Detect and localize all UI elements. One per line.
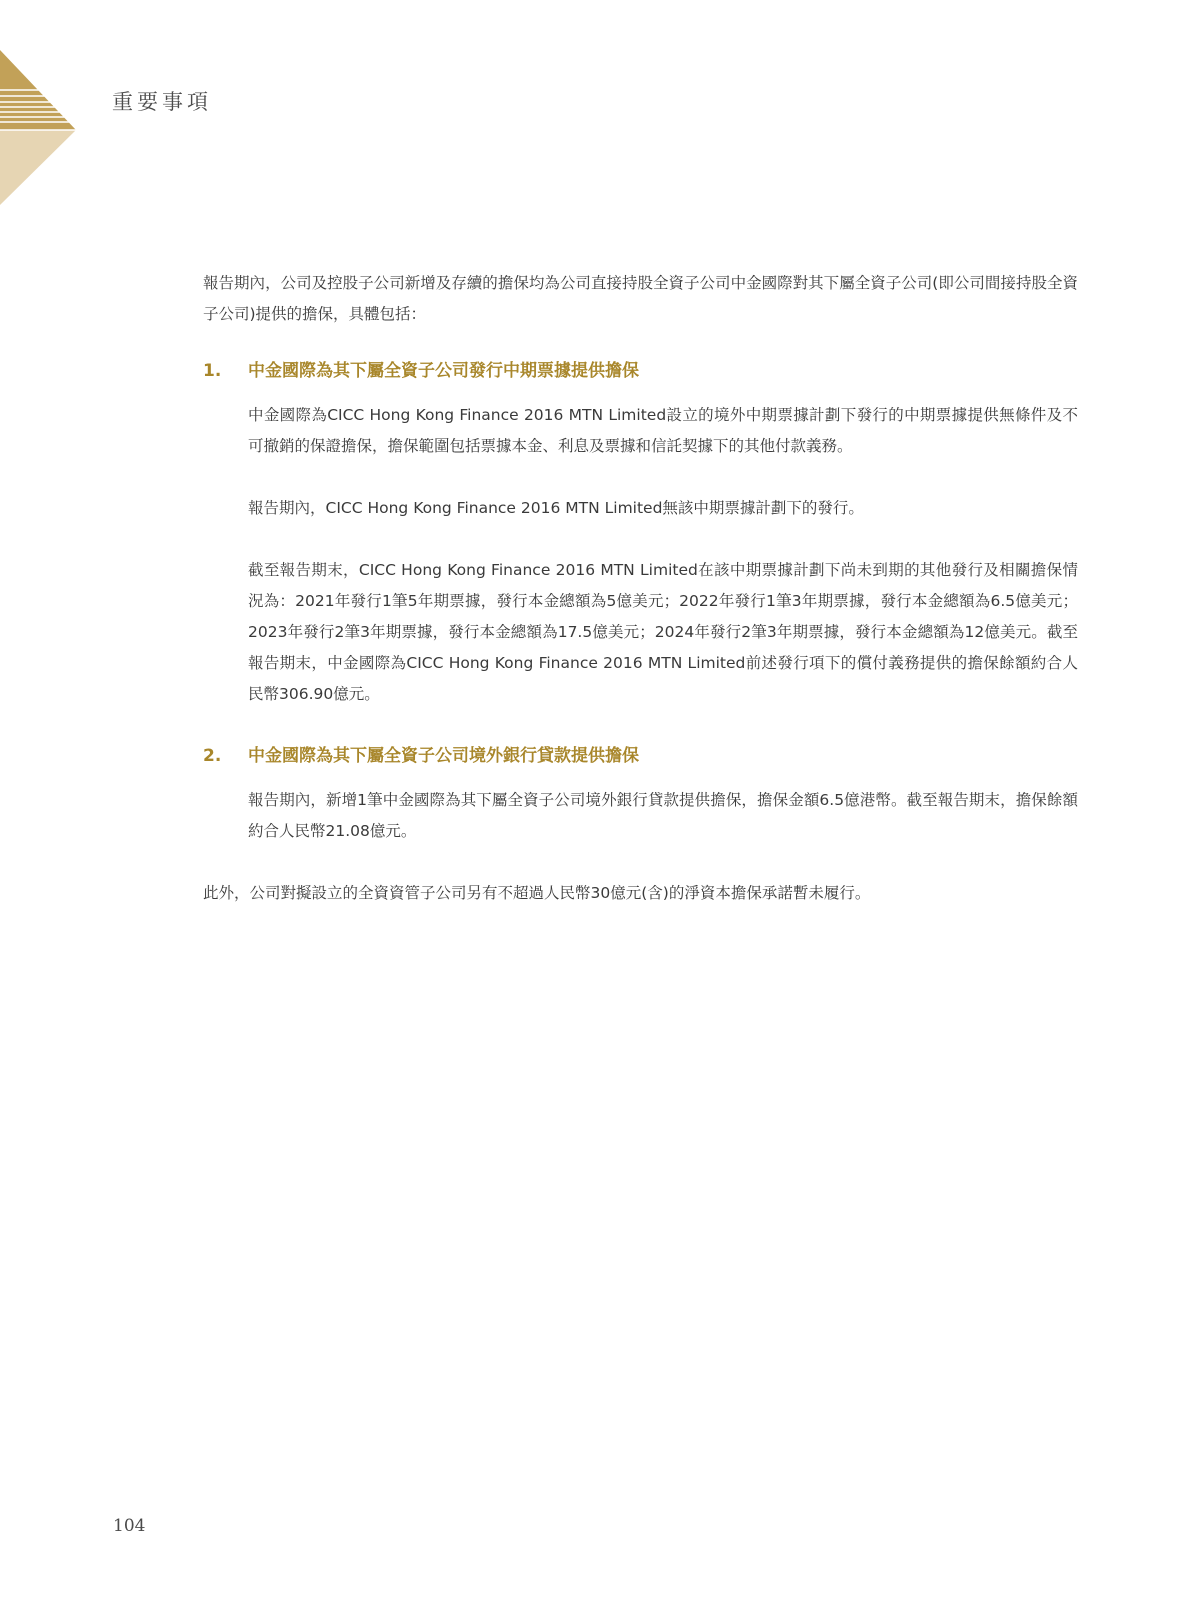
section-paragraph: 報告期內，CICC Hong Kong Finance 2016 MTN Lim…	[248, 493, 1078, 524]
section-paragraph: 報告期內，新增1筆中金國際為其下屬全資子公司境外銀行貸款提供擔保，擔保金額6.5…	[248, 785, 1078, 847]
page-number: 104	[113, 1516, 145, 1536]
section-heading: 1. 中金國際為其下屬全資子公司發行中期票據提供擔保	[203, 356, 1078, 386]
section-number: 1.	[203, 356, 248, 386]
corner-decoration	[0, 50, 80, 210]
section-title: 中金國際為其下屬全資子公司境外銀行貸款提供擔保	[248, 741, 639, 771]
main-content: 報告期內，公司及控股子公司新增及存續的擔保均為公司直接持股全資子公司中金國際對其…	[203, 268, 1078, 909]
section-2: 2. 中金國際為其下屬全資子公司境外銀行貸款提供擔保 報告期內，新增1筆中金國際…	[203, 741, 1078, 847]
section-paragraph: 中金國際為CICC Hong Kong Finance 2016 MTN Lim…	[248, 400, 1078, 462]
section-paragraph: 截至報告期末，CICC Hong Kong Finance 2016 MTN L…	[248, 555, 1078, 710]
section-title: 中金國際為其下屬全資子公司發行中期票據提供擔保	[248, 356, 639, 386]
section-1: 1. 中金國際為其下屬全資子公司發行中期票據提供擔保 中金國際為CICC Hon…	[203, 356, 1078, 710]
closing-paragraph: 此外，公司對擬設立的全資資管子公司另有不超過人民幣30億元(含)的淨資本擔保承諾…	[203, 878, 1078, 909]
section-number: 2.	[203, 741, 248, 771]
intro-paragraph: 報告期內，公司及控股子公司新增及存續的擔保均為公司直接持股全資子公司中金國際對其…	[203, 268, 1078, 330]
gold-triangle-icon	[0, 50, 80, 210]
page-header-title: 重要事項	[112, 86, 212, 116]
section-heading: 2. 中金國際為其下屬全資子公司境外銀行貸款提供擔保	[203, 741, 1078, 771]
